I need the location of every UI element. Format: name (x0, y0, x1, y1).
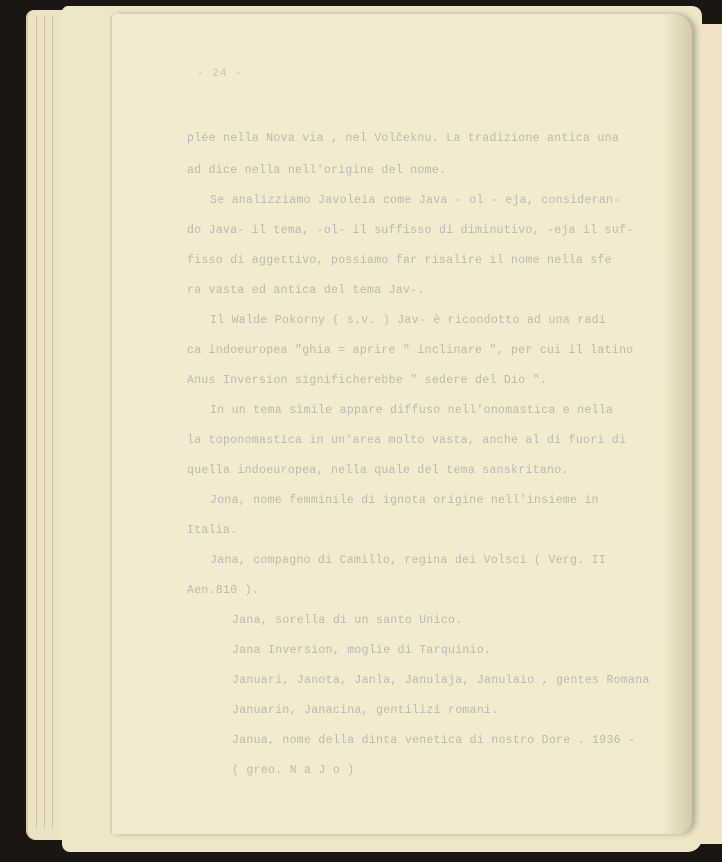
page-edge-line (52, 16, 53, 828)
text-line: ad dice nella nell'origine del nome. (187, 164, 446, 177)
handwritten-note: ( greo. N a J o ) (232, 764, 354, 777)
document-page: - 24 - plée nella Nova via , nel Volčekn… (112, 14, 692, 834)
text-line: plée nella Nova via , nel Volčeknu. La t… (187, 132, 619, 145)
text-line: Jana, sorella di un santo Unico. (232, 614, 462, 627)
text-line: Anus Inversion significherebbe " sedere … (187, 374, 547, 387)
text-line: Jana Inversion, moglie di Tarquinio. (232, 644, 491, 657)
text-line: In un tema simile appare diffuso nell'on… (210, 404, 613, 417)
text-line: Aen.810 ). (187, 584, 259, 597)
facing-page-edge (692, 24, 722, 844)
page-number: - 24 - (197, 68, 243, 80)
text-line: Janua, nome della dinta venetica di nost… (232, 734, 635, 747)
page-gutter-shadow (662, 14, 692, 834)
page-edge-line (44, 16, 45, 828)
page-edge-line (36, 16, 37, 828)
text-line: la toponomastica in un'area molto vasta,… (187, 434, 626, 447)
text-line: Se analizziamo Javoleia come Java - ol -… (210, 194, 620, 207)
text-line: quella indoeuropea, nella quale del tema… (187, 464, 569, 477)
text-line: do Java- il tema, -ol- il suffisso di di… (187, 224, 633, 237)
text-line: Jana, compagno di Camillo, regina dei Vo… (210, 554, 606, 567)
text-line: Januari, Janota, Janla, Janulaja, Janula… (232, 674, 650, 687)
text-line: Januarin, Janacina, gentilizi romani. (232, 704, 498, 717)
text-line: fisso di aggettivo, possiamo far risalir… (187, 254, 612, 267)
text-line: ra vasta ed antica del tema Jav-. (187, 284, 425, 297)
text-line: Italia. (187, 524, 237, 537)
text-line: Jona, nome femminile di ignota origine n… (210, 494, 599, 507)
text-line: ca indoeuropea "ghia = aprire " inclinar… (187, 344, 633, 357)
text-line: Il Walde Pokorny ( s.v. ) Jav- è ricondo… (210, 314, 606, 327)
